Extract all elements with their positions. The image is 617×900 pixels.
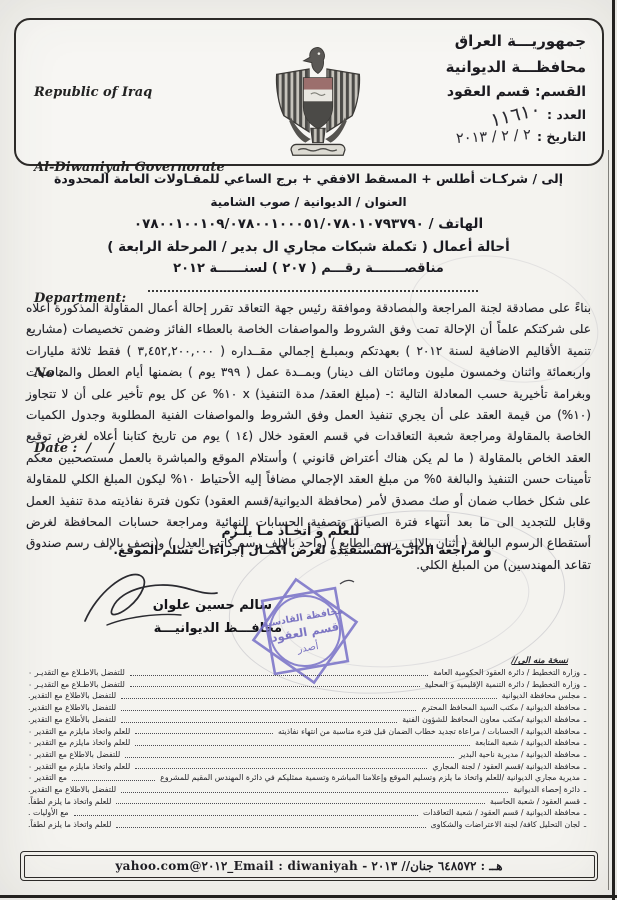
recipient-line: إلى / شركـات أطلس + المسقط الافقي + برج …: [0, 168, 617, 191]
cc-dot-leader: [135, 745, 470, 746]
cc-dash: [580, 667, 590, 679]
cc-destination: دائرة إحصاء الديوانية: [513, 784, 580, 796]
cc-dot-leader: [135, 733, 273, 734]
doc-date-row: التاريخ : ٢ / ٢ / ٢٠١٣: [446, 126, 586, 148]
cc-item: محافظة الديوانية /مكتب معاون المحافظ للش…: [28, 714, 590, 726]
letterhead-arabic: جمهوريـــة العراق محافظـــة الديوانية ال…: [446, 28, 586, 148]
cc-item: محافظة الديوانية / مكتب السيد المحافظ ال…: [28, 702, 590, 714]
cc-destination: محافظة الديوانية / مكتب السيد المحافظ ال…: [421, 702, 580, 714]
cc-dot-leader: [74, 815, 418, 816]
cc-dash: [580, 749, 590, 761]
cc-items: وزارة التخطيط / دائرة العقود الحكومية ال…: [28, 667, 590, 831]
recipient-line: مناقصـــــــة رقـــم ( ٢٠٧ ) لسنــــــة …: [0, 258, 617, 281]
cc-action: للتفضل بالاطـلاع مع التقديـر ٠: [28, 667, 125, 679]
cc-item: محافظة الديوانية / شعبة المتابعة للعلم و…: [28, 737, 590, 749]
cc-action: للتفضل بالاطـلاع مع التقديـر ٠: [28, 679, 125, 691]
cc-action: للتفضل بالاطلاع مع التقدير ٠: [28, 749, 120, 761]
cc-dot-leader: [125, 757, 454, 758]
cc-item: محافظة الديوانية /قسم العقود / لجنة المج…: [28, 761, 590, 773]
cc-action: للتفضل بالاطلاع مع التقدير.: [28, 702, 116, 714]
cc-action: للعلم واتخاذ مايلزم مع التقدير ٠: [28, 761, 130, 773]
cc-destination: وزارة التخطيط / دائرة العقود الحكومية ال…: [433, 667, 580, 679]
cc-dot-leader: [116, 827, 425, 828]
footer-inner-border: [24, 855, 595, 878]
recipient-line: الهاتف / ٠٧٨٠٠١٠٠١٠٩/٠٧٨٠٠١٠٠٠٥١/٠٧٨٠١٠٧…: [0, 213, 617, 236]
cc-action: للعلم واتخاذ مايلزم مع التقدير ٠: [28, 726, 130, 738]
recipient-block: إلى / شركـات أطلس + المسقط الافقي + برج …: [0, 168, 617, 281]
footer-contact-box: هــ : ٦٤٨٥٧٢ جنان// ٢٠١٣ - Email : diwan…: [20, 851, 598, 881]
scan-edge-right: [612, 0, 615, 900]
cc-dash: [580, 819, 590, 831]
cc-dash: [580, 714, 590, 726]
cc-destination: وزارة التخطيط / دائرة التنمية الإقليمية …: [425, 679, 580, 691]
stamp-line3: أصدر: [295, 639, 319, 656]
cc-dot-leader: [135, 768, 427, 769]
cc-dash: [580, 772, 590, 784]
cc-dot-leader: [72, 780, 155, 781]
cc-dash: [580, 737, 590, 749]
cc-item: لجان التحليل كافة/ لجنة الاعتراضات والشك…: [28, 819, 590, 831]
cc-destination: لجان التحليل كافة/ لجنة الاعتراضات والشك…: [431, 819, 580, 831]
cc-action: للتفضل بالاطلاع مع التقدير.: [28, 690, 116, 702]
dotted-separator: [148, 290, 478, 292]
cc-dot-leader: [130, 686, 420, 687]
cc-dash: [580, 796, 590, 808]
cc-item: محافظة الديوانية / قسم العقود / شعبة الت…: [28, 807, 590, 819]
cc-item: وزارة التخطيط / دائرة التنمية الإقليمية …: [28, 679, 590, 691]
cc-action: للتفضل بالأطلاع مع التقدير.: [28, 714, 116, 726]
governorate-ar: محافظـــة الديوانية: [446, 54, 586, 80]
cc-item: قسم العقود / شعبة الحاسبة للعلم واتخاذ م…: [28, 796, 590, 808]
doc-number-row: العدد : ١١٦١٠: [446, 104, 586, 126]
cc-dash: [580, 690, 590, 702]
cc-item: وزارة التخطيط / دائرة العقود الحكومية ال…: [28, 667, 590, 679]
cc-heading: نسخة منه الى//: [28, 656, 568, 666]
cc-dot-leader: [130, 675, 428, 676]
number-label: العدد :: [547, 104, 586, 126]
cc-dot-leader: [121, 792, 508, 793]
distribution-list: نسخة منه الى// وزارة التخطيط / دائرة الع…: [28, 656, 590, 831]
cc-dot-leader: [121, 698, 497, 699]
cc-action: مع التقدير ٠: [28, 772, 67, 784]
cc-dash: [580, 807, 590, 819]
cc-destination: محافظة الديوانية / الحسابات / مراعاة تجد…: [278, 726, 580, 738]
scanned-document-page: Republic of Iraq Al-Diwaniyah Governorat…: [0, 0, 617, 900]
cc-destination: محافظة الديوانية / قسم العقود / شعبة الت…: [423, 807, 580, 819]
cc-destination: محافظة الديوانية /مكتب معاون المحافظ للش…: [402, 714, 580, 726]
cc-dot-leader: [121, 710, 416, 711]
letterhead-box: Republic of Iraq Al-Diwaniyah Governorat…: [14, 18, 604, 166]
recipient-line: أحالة أعمال ( تكملة شبكات مجاري ال بدير …: [0, 236, 617, 259]
cc-item: دائرة إحصاء الديوانية للتفضل بالاطلاع مع…: [28, 784, 590, 796]
recipient-line: العنوان / الديوانية / صوب الشامية: [0, 191, 617, 214]
cc-item: محافظة الديوانية / مديرية ناحية البدير ل…: [28, 749, 590, 761]
cc-destination: مجلس محافظة الديوانية: [502, 690, 580, 702]
cc-dash: [580, 679, 590, 691]
iraq-eagle-emblem: [264, 42, 372, 170]
cc-destination: مديرية مجاري الديوانية /للعلم واتخاذ ما …: [160, 772, 580, 784]
date-value-handwritten: ٢ / ٢ / ٢٠١٣: [455, 124, 531, 150]
cc-destination: محافظة الديوانية /قسم العقود / لجنة المج…: [432, 761, 580, 773]
cc-dot-leader: [116, 803, 485, 804]
closing-note-1: للعلم و أتخـاذ مـا يلـزم: [0, 523, 599, 538]
cc-item: مجلس محافظة الديوانية للتفضل بالاطلاع مع…: [28, 690, 590, 702]
cc-dash: [580, 761, 590, 773]
closing-note-2: و مراجعة الدائرة المستفيدة لغرض أكمـال إ…: [0, 543, 611, 557]
cc-dash: [580, 784, 590, 796]
scan-edge-bottom: [0, 895, 617, 898]
cc-item: محافظة الديوانية / الحسابات / مراعاة تجد…: [28, 726, 590, 738]
cc-destination: محافظة الديوانية / شعبة المتابعة: [475, 737, 580, 749]
country-ar: جمهوريـــة العراق: [446, 28, 586, 54]
cc-dash: [580, 726, 590, 738]
date-label: التاريخ :: [537, 126, 586, 148]
cc-action: للعلم واتخاذ ما يلزم لطفاً.: [28, 796, 111, 808]
cc-action: مع الأوليات .: [28, 807, 69, 819]
country-en: Republic of Iraq: [34, 80, 225, 105]
cc-item: مديرية مجاري الديوانية /للعلم واتخاذ ما …: [28, 772, 590, 784]
section-ar: القسم: قسم العقود: [446, 80, 586, 104]
cc-action: للعلم واتخاذ مايلزم مع التقدير ٠: [28, 737, 130, 749]
cc-destination: محافظة الديوانية / مديرية ناحية البدير: [459, 749, 580, 761]
cc-dash: [580, 702, 590, 714]
cc-action: للعلم واتخاذ ما يلزم لطفاً.: [28, 819, 111, 831]
cc-action: للتفضل بالاطلاع مع التقدير.: [28, 784, 116, 796]
cc-destination: قسم العقود / شعبة الحاسبة: [490, 796, 580, 808]
cc-dot-leader: [121, 722, 397, 723]
